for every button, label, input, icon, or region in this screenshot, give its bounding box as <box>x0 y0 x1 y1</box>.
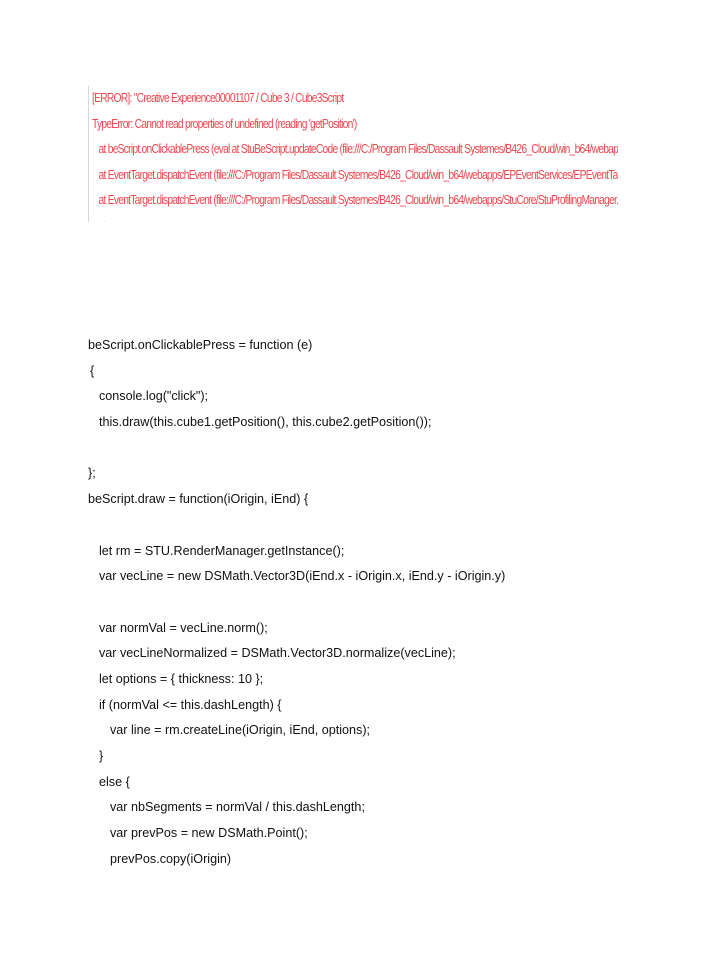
stack-trace-line: at beScript.onClickablePress (eval at St… <box>92 137 523 163</box>
code-line: var normVal = vecLine.norm(); <box>88 616 505 642</box>
code-line: else { <box>88 770 505 796</box>
code-listing: beScript.onClickablePress = function (e)… <box>88 333 505 872</box>
error-console-screenshot: [ERROR]: "Creative Experience00001107 / … <box>88 86 618 222</box>
code-line: var vecLine = new DSMath.Vector3D(iEnd.x… <box>88 564 505 590</box>
code-line: }; <box>88 461 505 487</box>
stack-trace-line: at EventTarget.dispatchEvent (file:///C:… <box>92 188 523 214</box>
code-line: var line = rm.createLine(iOrigin, iEnd, … <box>88 718 505 744</box>
code-line: { <box>88 359 505 385</box>
stack-trace-line: at EventTarget.dispatchEvent (file:///C:… <box>92 163 523 189</box>
code-line: prevPos.copy(iOrigin) <box>88 847 505 873</box>
code-line: beScript.draw = function(iOrigin, iEnd) … <box>88 487 505 513</box>
code-line: } <box>88 744 505 770</box>
code-line: var nbSegments = normVal / this.dashLeng… <box>88 795 505 821</box>
code-line: var prevPos = new DSMath.Point(); <box>88 821 505 847</box>
code-line <box>88 590 505 616</box>
code-line: this.draw(this.cube1.getPosition(), this… <box>88 410 505 436</box>
code-line: var vecLineNormalized = DSMath.Vector3D.… <box>88 641 505 667</box>
code-line: beScript.onClickablePress = function (e) <box>88 333 505 359</box>
code-line: let options = { thickness: 10 }; <box>88 667 505 693</box>
stack-trace-line-cut: at ... <box>92 214 523 223</box>
code-line <box>88 436 505 462</box>
code-line: if (normVal <= this.dashLength) { <box>88 693 505 719</box>
error-message: TypeError: Cannot read properties of und… <box>92 112 523 138</box>
error-header: [ERROR]: "Creative Experience00001107 / … <box>92 86 523 112</box>
code-line: console.log("click"); <box>88 384 505 410</box>
code-line: let rm = STU.RenderManager.getInstance()… <box>88 539 505 565</box>
code-line <box>88 513 505 539</box>
